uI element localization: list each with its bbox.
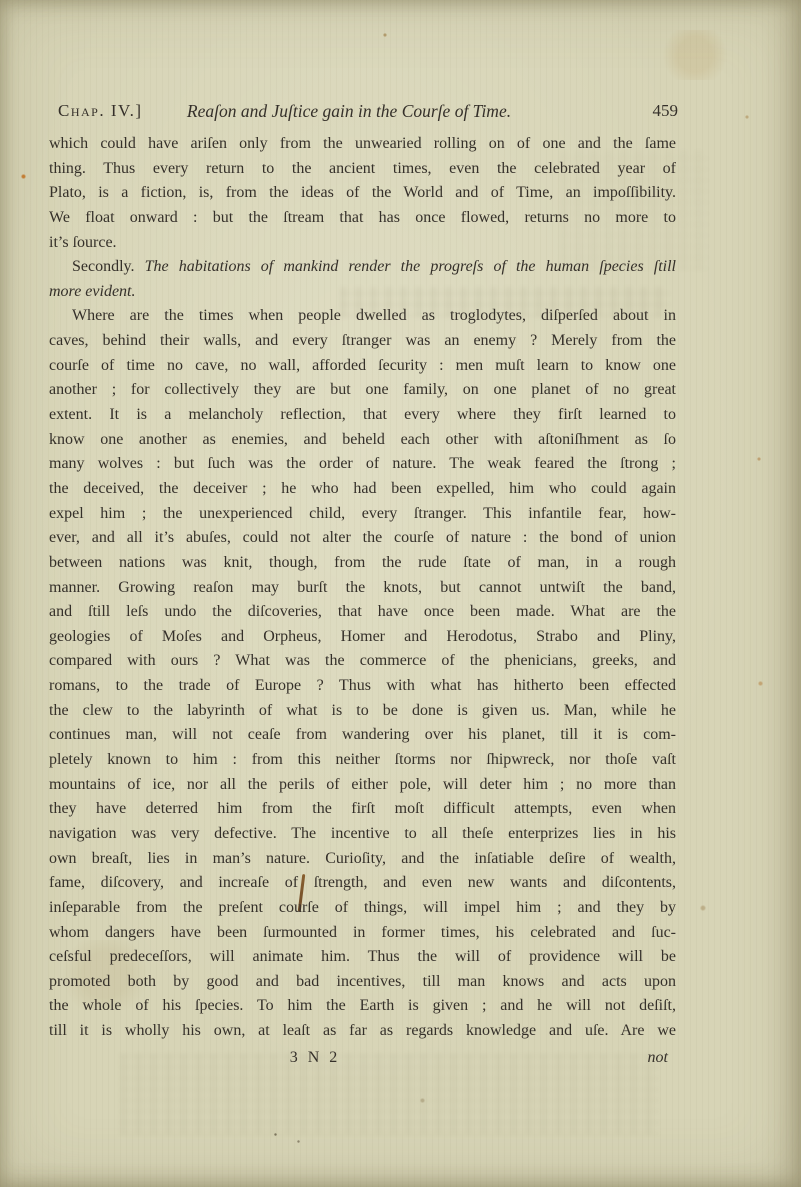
page-footer: 3 N 2 not — [49, 1046, 676, 1072]
text-line: fame, diſcovery, and increaſe of ſtrengt… — [49, 871, 676, 896]
signature-mark: 3 N 2 — [285, 1046, 345, 1070]
text-line: geologies of Moſes and Orpheus, Homer an… — [49, 625, 676, 650]
text-line: know one another as enemies, and beheld … — [49, 428, 676, 453]
text-line: ever, and all it’s abuſes, could not alt… — [49, 526, 676, 551]
text-line: whom dangers have been ſurmounted in for… — [49, 921, 676, 946]
text-line: pletely known to him : from this neither… — [49, 748, 676, 773]
text-line: continues man, will not ceaſe from wande… — [49, 723, 676, 748]
text-line: inſeparable from the preſent courſe of t… — [49, 896, 676, 921]
text-line: thing. Thus every return to the ancient … — [49, 157, 676, 182]
text-line: the clew to the labyrinth of what is to … — [49, 699, 676, 724]
text-line: promoted both by good and bad incentives… — [49, 970, 676, 995]
text-line: We float onward : but the ſtream that ha… — [49, 206, 676, 231]
book-page: Chap. IV.] Reaſon and Juſtice gain in th… — [0, 0, 801, 1187]
text-line: till it is wholly his own, at leaſt as f… — [49, 1019, 676, 1044]
text-line: Where are the times when people dwelled … — [49, 304, 676, 329]
text-line: another ; for collectively they are but … — [49, 378, 676, 403]
text-line: they have deterred him from the firſt mo… — [49, 797, 676, 822]
page-header: Chap. IV.] Reaſon and Juſtice gain in th… — [49, 101, 678, 127]
text-line: between nations was knit, though, from t… — [49, 551, 676, 576]
page-number: 459 — [653, 101, 679, 121]
catchword: not — [648, 1046, 668, 1070]
text-line: ceſsful predeceſſors, will animate him. … — [49, 945, 676, 970]
text-line: Plato, is a fiction, is, from the ideas … — [49, 181, 676, 206]
text-line: Secondly. The habitations of mankind ren… — [49, 255, 676, 280]
running-title: Reaſon and Juſtice gain in the Courſe of… — [49, 101, 649, 122]
text-line: manner. Growing reaſon may burſt the kno… — [49, 576, 676, 601]
text-line: romans, to the trade of Europe ? Thus wi… — [49, 674, 676, 699]
text-line: the deceived, the deceiver ; he who had … — [49, 477, 676, 502]
text-line: expel him ; the unexperienced child, eve… — [49, 502, 676, 527]
text-line: the whole of his ſpecies. To him the Ear… — [49, 994, 676, 1019]
text-line: compared with ours ? What was the commer… — [49, 649, 676, 674]
text-line: own breaſt, lies in man’s nature. Curioſ… — [49, 847, 676, 872]
text-line: many wolves : but ſuch was the order of … — [49, 452, 676, 477]
text-line: it’s ſource. — [49, 231, 676, 256]
text-line: navigation was very defective. The incen… — [49, 822, 676, 847]
text-line: more evident. — [49, 280, 676, 305]
text-line: and ſtill leſs undo the diſcoveries, tha… — [49, 600, 676, 625]
body-text: which could have ariſen only from the un… — [49, 132, 676, 1044]
text-line: courſe of time no cave, no wall, afforde… — [49, 354, 676, 379]
text-line: caves, behind their walls, and every ſtr… — [49, 329, 676, 354]
text-line: mountains of ice, nor all the perils of … — [49, 773, 676, 798]
text-line: which could have ariſen only from the un… — [49, 132, 676, 157]
text-line: extent. It is a melancholy reflection, t… — [49, 403, 676, 428]
